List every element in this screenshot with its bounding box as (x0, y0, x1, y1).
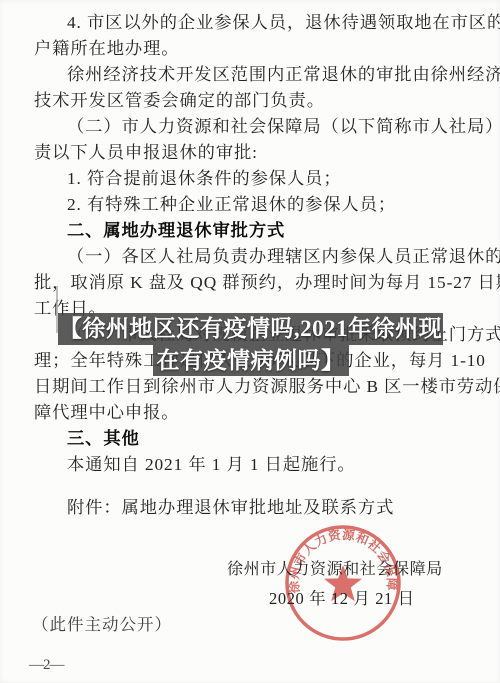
document-line: 2. 有特殊工种企业正常退休的参保人员； (34, 192, 492, 218)
document-line: 批，取消原 K 盘及 QQ 群预约，办理时间为每月 15-27 日期间 (34, 270, 492, 296)
document-line: 1. 符合提前退休条件的参保人员； (34, 166, 492, 192)
official-seal: 徐州市人力资源和社会保障局 (282, 521, 404, 645)
overlay-banner: 【徐州地区还有疫情吗,2021年徐州现在有疫情病例吗】 (58, 313, 443, 376)
document-line: 三、其他 (34, 426, 492, 452)
overlay-banner-line: 【徐州地区还有疫情吗,2021年徐州现 (58, 313, 443, 345)
document-page: 4. 市区以外的企业参保人员，退休待遇领取地在市区的由户籍所在地办理。徐州经济技… (0, 0, 500, 683)
document-line: 障代理中心申报。 (34, 400, 492, 426)
document-line: 二、属地办理退休审批方式 (34, 218, 492, 244)
document-line: 技术开发区管委会确定的部门负责。 (34, 88, 492, 114)
signature-date: 2020 年 12 月 21 日 (269, 585, 415, 609)
document-line: 徐州经济技术开发区范围内正常退休的审批由徐州经济 (34, 62, 492, 88)
document-line: （一）各区人社局负责办理辖区内参保人员正常退休的审 (34, 244, 492, 270)
attachment-line: 附件：属地办理退休审批地址及联系方式 (34, 495, 492, 521)
signature-organization: 徐州市人力资源和社会保障局 (227, 556, 443, 579)
document-line: 责以下人员申报退休的审批: (34, 140, 492, 166)
document-line: 4. 市区以外的企业参保人员，退休待遇领取地在市区的由 (34, 10, 492, 36)
document-line: 户籍所在地办理。 (34, 36, 492, 62)
document-body: 4. 市区以外的企业参保人员，退休待遇领取地在市区的由户籍所在地办理。徐州经济技… (34, 10, 492, 521)
document-line: 本通知自 2021 年 1 月 1 日起施行。 (34, 452, 492, 478)
overlay-banner-line: 在有疫情病例吗】 (153, 345, 349, 376)
page-number: —2— (29, 657, 64, 674)
document-line: （二）市人力资源和社会保障局（以下简称市人社局）负 (34, 114, 492, 140)
disclosure-note: （此件主动公开） (32, 611, 172, 635)
document-line: 日期间工作日到徐州市人力资源服务中心 B 区一楼市劳动保 (34, 374, 492, 400)
